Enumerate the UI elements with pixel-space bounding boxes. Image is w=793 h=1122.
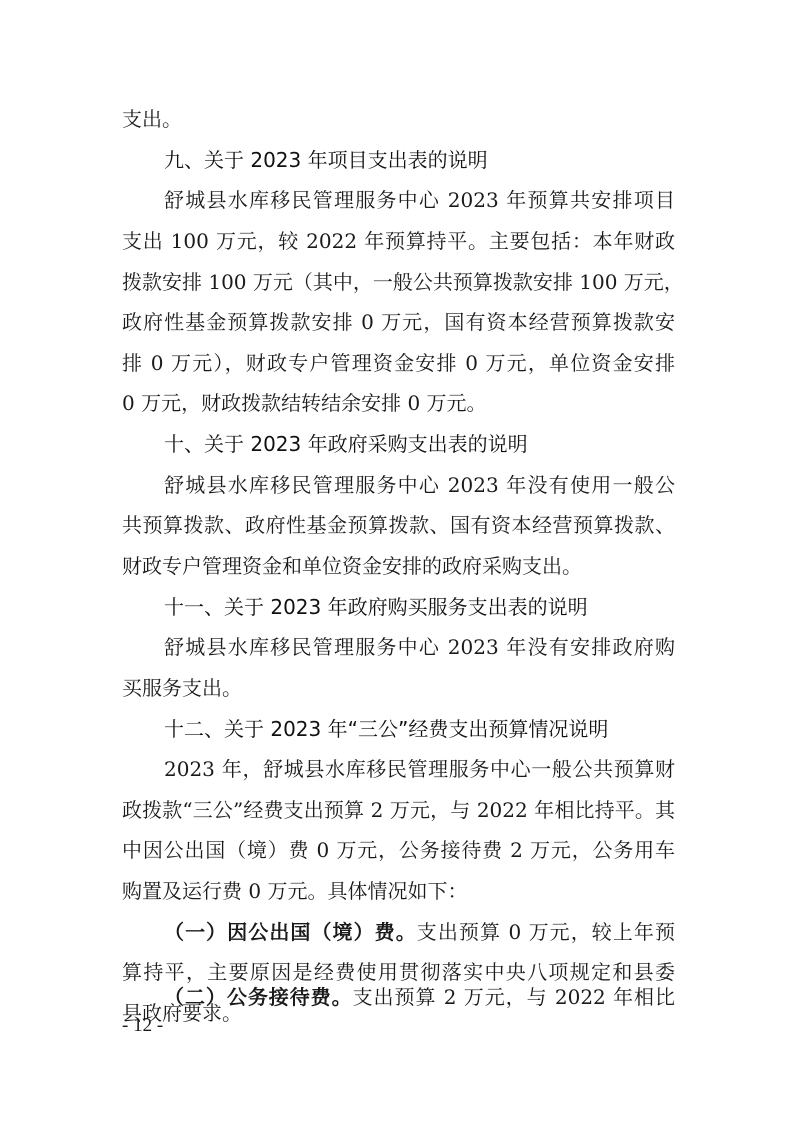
text-line: 支出 100 万元，较 2022 年预算持平。主要包括：本年财政	[122, 226, 675, 256]
text-line: 2023 年，舒城县水库移民管理服务中心一般公共预算财	[164, 754, 675, 784]
subsection-2-label: （二）公务接待费。	[164, 985, 353, 1009]
text-line: 排 0 万元），财政专户管理资金安排 0 万元，单位资金安排	[122, 348, 675, 378]
section-heading-9: 九、关于 2023 年项目支出表的说明	[164, 145, 675, 175]
section-heading-11: 十一、关于 2023 年政府购买服务支出表的说明	[164, 592, 675, 622]
text-line: 买服务支出。	[122, 673, 675, 703]
subsection-1-first-line: （一）因公出国（境）费。支出预算 0 万元，较上年预	[164, 917, 675, 947]
text-line: 舒城县水库移民管理服务中心 2023 年没有安排政府购	[164, 632, 675, 662]
document-page: 支出。 九、关于 2023 年项目支出表的说明 舒城县水库移民管理服务中心 20…	[0, 0, 793, 1122]
section-heading-10: 十、关于 2023 年政府采购支出表的说明	[164, 429, 675, 459]
text-line: 财政专户管理资金和单位资金安排的政府采购支出。	[122, 551, 675, 581]
text-line: 购置及运行费 0 万元。具体情况如下：	[122, 876, 675, 906]
subsection-2-first-line: （二）公务接待费。支出预算 2 万元，与 2022 年相比	[164, 982, 675, 1012]
text-line: 支出。	[122, 104, 675, 134]
subsection-1-label: （一）因公出国（境）费。	[164, 920, 417, 944]
text-line: 舒城县水库移民管理服务中心 2023 年没有使用一般公	[164, 470, 675, 500]
text-line: 政拨款“三公”经费支出预算 2 万元，与 2022 年相比持平。其	[122, 795, 675, 825]
text-line: 0 万元，财政拨款结转结余安排 0 万元。	[122, 388, 675, 418]
text-line: 舒城县水库移民管理服务中心 2023 年预算共安排项目	[164, 185, 675, 215]
text-line: 拨款安排 100 万元（其中，一般公共预算拨款安排 100 万元，	[122, 267, 675, 297]
subsection-1-text: 支出预算 0 万元，较上年预	[417, 920, 675, 944]
text-line: 中因公出国（境）费 0 万元，公务接待费 2 万元，公务用车	[122, 835, 675, 865]
subsection-2-text: 支出预算 2 万元，与 2022 年相比	[353, 985, 675, 1009]
text-line: 政府性基金预算拨款安排 0 万元，国有资本经营预算拨款安	[122, 307, 675, 337]
page-number: - 12 -	[122, 1015, 163, 1037]
section-heading-12: 十二、关于 2023 年“三公”经费支出预算情况说明	[164, 714, 675, 744]
text-line: 共预算拨款、政府性基金预算拨款、国有资本经营预算拨款、	[122, 510, 675, 540]
